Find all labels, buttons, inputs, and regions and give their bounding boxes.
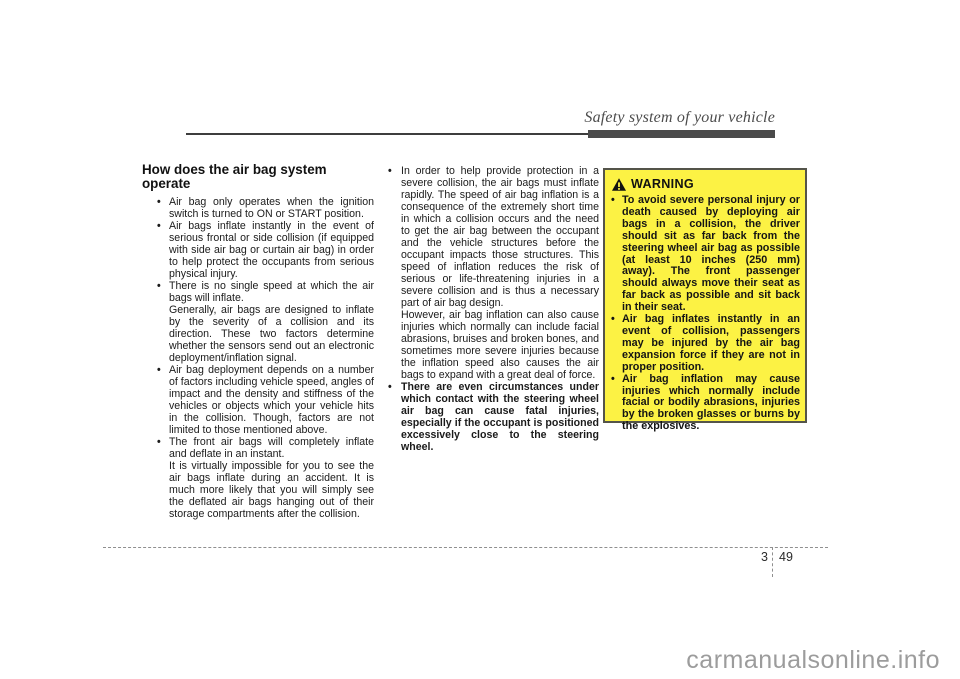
bullet-item: Air bags inflate instantly in the event … <box>142 220 374 280</box>
warning-bullet-item: Air bag inflation may cause injuries whi… <box>610 374 800 434</box>
warning-bullet-text: Air bag inflation may cause injuries whi… <box>622 374 800 434</box>
bullet-item: The front air bags will completely infla… <box>142 436 374 520</box>
header-rule-thin <box>186 133 588 135</box>
bullet-item: Air bag only operates when the ignition … <box>142 196 374 220</box>
warning-title: WARNING <box>631 177 694 191</box>
bullet-text: Air bag only operates when the ignition … <box>169 196 374 220</box>
bullet-item-bold: There are even circumstances under which… <box>388 381 599 453</box>
section-heading: How does the air bag system operate <box>142 163 374 190</box>
warning-box: WARNING To avoid severe personal injury … <box>603 168 807 423</box>
page-number: 49 <box>779 550 793 564</box>
middle-column: In order to help provide protection in a… <box>388 165 599 453</box>
watermark-text: carmanualsonline.info <box>686 646 940 675</box>
bullet-continuation-text: It is virtually impossible for you to se… <box>169 460 374 520</box>
warning-bullet-item: To avoid severe personal injury or death… <box>610 195 800 314</box>
bullet-item: Air bag deployment depends on a number o… <box>142 364 374 436</box>
bullet-text: Air bag deployment depends on a number o… <box>169 364 374 436</box>
warning-header: WARNING <box>612 177 800 191</box>
footer-vertical-dashed-rule <box>772 547 773 577</box>
warning-bullet-item: Air bag inflates instantly in an event o… <box>610 314 800 374</box>
bullet-text: Air bags inflate instantly in the event … <box>169 220 374 280</box>
bullet-text: In order to help provide protection in a… <box>401 165 599 309</box>
chapter-number: 3 <box>746 550 768 564</box>
warning-triangle-icon <box>612 178 626 191</box>
manual-page: Safety system of your vehicle How does t… <box>0 0 960 679</box>
bullet-continuation-text: Generally, air bags are designed to infl… <box>169 304 374 364</box>
bullet-continuation-text: However, air bag inflation can also caus… <box>401 309 599 381</box>
bullet-text: There is no single speed at which the ai… <box>169 280 374 304</box>
running-header-title: Safety system of your vehicle <box>584 109 775 127</box>
bullet-item: There is no single speed at which the ai… <box>142 280 374 364</box>
left-column: How does the air bag system operate Air … <box>142 163 374 520</box>
bullet-text: The front air bags will completely infla… <box>169 436 374 460</box>
footer-dashed-rule <box>103 547 828 548</box>
bullet-text: There are even circumstances under which… <box>401 381 599 453</box>
bullet-item: In order to help provide protection in a… <box>388 165 599 381</box>
header-rule-thick <box>588 130 775 138</box>
warning-bullet-text: Air bag inflates instantly in an event o… <box>622 314 800 374</box>
warning-bullet-text: To avoid severe personal injury or death… <box>622 195 800 314</box>
